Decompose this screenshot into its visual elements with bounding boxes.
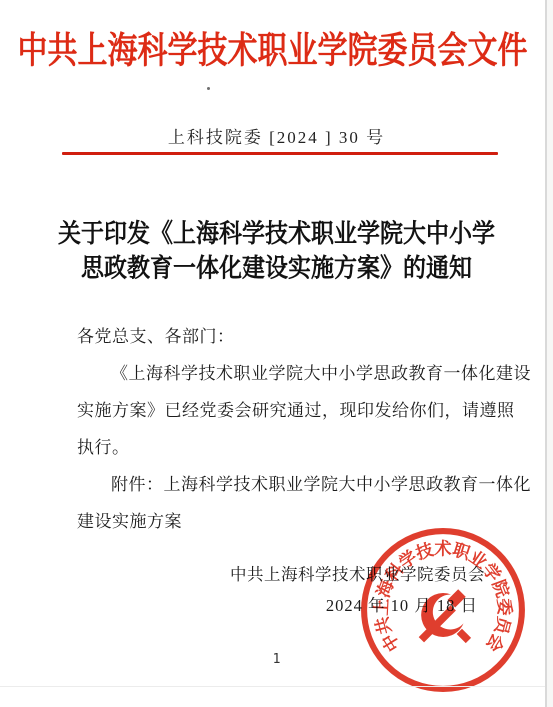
body-line-salutation: 各党总支、各部门： [77, 318, 513, 355]
body-line: 《上海科学技术职业学院大中小学思政教育一体化建设 [77, 355, 513, 392]
scan-edge-fill [547, 0, 553, 707]
svg-text:术: 术 [433, 538, 452, 558]
body-line: 执行。 [77, 429, 513, 466]
scan-speck [207, 87, 210, 90]
svg-text:共: 共 [371, 615, 395, 637]
document-header-title: 中共上海科学技术职业学院委员会文件 [0, 20, 545, 74]
hammer-sickle-icon [419, 589, 471, 643]
red-separator-rule [62, 152, 498, 155]
notice-body: 各党总支、各部门： 《上海科学技术职业学院大中小学思政教育一体化建设 实施方案》… [77, 318, 513, 540]
svg-text:委: 委 [494, 598, 515, 616]
seal-ring-text: 中共上海科学技术职业学院委员会 [371, 538, 515, 656]
notice-title-line2: 思政教育一体化建设实施方案》的通知 [0, 251, 553, 286]
page-number: 1 [0, 652, 553, 667]
body-line-attachment: 附件：上海科学技术职业学院大中小学思政教育一体化 [77, 466, 513, 503]
official-document-page: 中共上海科学技术职业学院委员会文件 上科技院委 [2024 ] 30 号 关于印… [0, 0, 553, 707]
notice-title-line1: 关于印发《上海科学技术职业学院大中小学 [0, 216, 553, 251]
notice-title: 关于印发《上海科学技术职业学院大中小学 思政教育一体化建设实施方案》的通知 [0, 216, 553, 285]
document-number: 上科技院委 [2024 ] 30 号 [0, 123, 553, 148]
scan-edge-line [545, 0, 547, 707]
official-red-seal: 中共上海科学技术职业学院委员会 [357, 524, 529, 696]
scan-bottom-edge [0, 686, 545, 687]
body-line: 实施方案》已经党委会研究通过，现印发给你们，请遵照 [77, 392, 513, 429]
svg-text:上: 上 [371, 598, 392, 616]
